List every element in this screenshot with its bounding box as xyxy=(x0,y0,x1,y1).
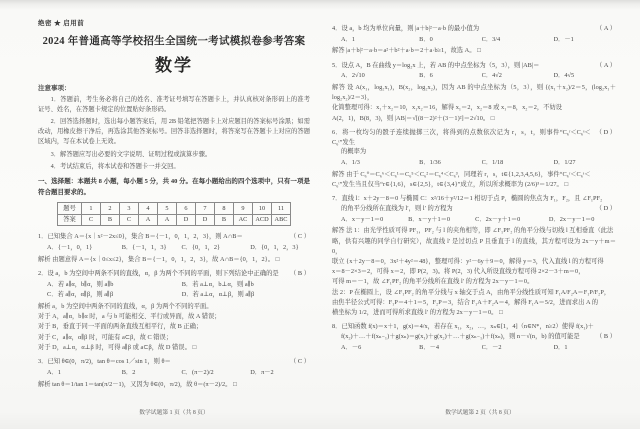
option: A．2√10 xyxy=(341,71,419,82)
option: C．3/4 xyxy=(482,35,554,46)
answer-mark: （ B ） xyxy=(290,269,310,279)
solution-line: 解析 由题意得 A＝{x｜0≤x≤2}，集合 B＝{－1，0，1，2，3}，故 … xyxy=(38,255,310,265)
question-solution: 解析 由题意得 A＝{x｜0≤x≤2}，集合 B＝{－1，0，1，2，3}，故 … xyxy=(38,255,310,265)
question-options: A．x－y－1＝0B．x－y＋1＝0C．2x－y＋1＝0D．2x－y－1＝0 xyxy=(332,215,616,226)
notice-item: 1．答题前，考生务必将自己的姓名、准考证号填写在答题卡上，并认真核对条形码上的准… xyxy=(38,95,310,115)
question-solution: 解析 a，b 为空间中两条不同的直线，α，β 为两个不同的平面。对于 A，a∥α… xyxy=(38,302,310,353)
exam-title: 2024 年普通高等学校招生全国统一考试模拟卷参考答案 xyxy=(38,33,310,48)
solution-line: 略，供有兴趣的同学自行研究），故直线 l′ 是过切点 P 且垂直于 l 的直线，… xyxy=(332,237,616,257)
question-options: A．－6B．－4C．－2D．1 xyxy=(332,343,616,354)
table-cell: C xyxy=(82,214,101,226)
table-cell: 2 xyxy=(101,203,120,215)
solution-line: 横坐标为 1/2，进而可得所求直线 l′ 的方程为 2x－y－1＝0。 □ xyxy=(332,308,616,318)
option: D．1/27 xyxy=(554,158,617,169)
option: B．2 xyxy=(122,368,182,379)
option: B．6 xyxy=(419,71,482,82)
question-6: 6．将一枚均匀的骰子连续抛掷三次，将得到的点数依次记为 r，s，t，则事件“C₆… xyxy=(332,128,616,190)
question-3: 3．已知 θ∈(0，π/2)，tan θ＝cos 1／sin 1，则 θ＝ （ … xyxy=(38,357,310,390)
table-cell: ACD xyxy=(253,214,272,226)
solution-line: 对于 B，垂直于同一平面的两条直线互相平行，故 B 正确； xyxy=(38,322,310,332)
table-cell: ABC xyxy=(272,214,291,226)
option: A．1 xyxy=(47,368,122,379)
solution-line: 对于 D，a⊥α，α⊥β 时，可得 a∥β 或 a⊂β，故 D 错误。 □ xyxy=(38,343,310,353)
question-text: 2．设 a，b 为空间中两条不同的直线，α，β 为两个不同的平面，则下列结论中正… xyxy=(38,269,285,279)
option: A．－6 xyxy=(341,343,419,354)
solution-line: 解析 tan θ＝1/tan 1＝tan(π/2－1)，又因为 θ∈(0，π/2… xyxy=(38,380,310,390)
option: D．{0，1，2，3} xyxy=(250,243,310,254)
option: B．{－1，1，3} xyxy=(122,243,182,254)
answer-mark: （ D ） xyxy=(596,128,616,148)
notice-list: 1．答题前，考生务必将自己的姓名、准考证号填写在答题卡上，并认真核对条形码上的准… xyxy=(38,95,310,173)
question-solution: 解答 |a＋b|²－a·b＝a²＋b²＋a·b＝2＋a·b≥1，故选 A。 □ xyxy=(332,46,616,56)
table-cell: D xyxy=(196,214,215,226)
option: D．2x－y－1＝0 xyxy=(549,215,616,226)
notice-heading: 注意事项： xyxy=(38,83,310,92)
table-cell: 6 xyxy=(177,203,196,215)
solution-line: 对于 A，a∥α，b∥α 时，a 与 b 可能相交、平行或异面，故 A 错误； xyxy=(38,312,310,322)
page-footer: 数学试题第 1 页（共 8 页） xyxy=(0,407,320,416)
subject-title: 数学 xyxy=(38,51,310,76)
solution-line: 由焦半径公式可得：F₁P＝4＋1＝5，F₂P＝3，结合 F₁A＋F₂A＝4，解得… xyxy=(332,298,616,308)
answer-table-label: 答案 xyxy=(58,214,82,226)
option: B．1/36 xyxy=(419,158,482,169)
question-text: 7．直线 l：x＋2y－8＝0 与椭圆 C：x²/16＋y²/12＝1 相切于点… xyxy=(332,194,616,204)
solution-line: 对于 C，a∥α，α∥β 时，可能有 a⊂β，故 C 错误； xyxy=(38,333,310,343)
table-cell: 9 xyxy=(234,203,253,215)
question-text: 6．将一枚均匀的骰子连续抛掷三次，将得到的点数依次记为 r，s，t，则事件“C₆… xyxy=(332,128,591,148)
option: C．－2 xyxy=(482,343,554,354)
question-text-continued: f(x₂)＋…＋f(xₙ₋₁)＋g(xₙ)＝g(x₁)＋g(x₂)＋…＋g(xₙ… xyxy=(332,332,591,342)
option: C．{0，1，2} xyxy=(181,243,250,254)
question-solution: 解答 由于 C₆⁰＝C₆⁶＜C₆¹＝C₆⁵＜C₆²＝C₆⁴＜C₆³，同理若 r，… xyxy=(332,170,616,190)
table-cell: 8 xyxy=(215,203,234,215)
question-options: A．1B．0C．3/4D．－1 xyxy=(332,35,616,46)
table-cell: A xyxy=(139,214,158,226)
scanned-document: 绝密 ★ 启用前 2024 年普通高等学校招生全国统一考试模拟卷参考答案 数学 … xyxy=(0,0,640,429)
option: C．(π－2)/2 xyxy=(181,368,250,379)
question-5: 5．设点 A，B 在曲线 y＝log₂x 上，若 AB 的中点坐标为（5，3），… xyxy=(332,61,616,124)
question-solution: 解答 设 A(x₁，log₂x₁)，B(x₂，log₂x₂)，因为 AB 的中点… xyxy=(332,83,616,124)
question-solution: 解析 tan θ＝1/tan 1＝tan(π/2－1)，又因为 θ∈(0，π/2… xyxy=(38,380,310,390)
table-cell: 1 xyxy=(82,203,101,215)
answer-mark: （ C ） xyxy=(290,357,310,367)
solution-line: C₆ᵗ”发生当且仅当“r∈{1,6}，s∈{2,5}，t∈{3,4}”成立，所以… xyxy=(332,180,616,190)
option: C．2x－y＋1＝0 xyxy=(475,215,549,226)
table-cell: C xyxy=(120,214,139,226)
question-text: 5．设点 A，B 在曲线 y＝log₂x 上，若 AB 的中点坐标为（5，3），… xyxy=(332,61,591,71)
option: D．－1 xyxy=(554,35,617,46)
table-cell: 5 xyxy=(158,203,177,215)
question-options: A．2√10B．6C．4√2D．4√5 xyxy=(332,71,616,82)
answer-table-answer-row: 答案 C B C A A D D B AC ACD ABC xyxy=(58,214,291,226)
question-4: 4．设 a，b 均为单位向量，则 |a＋b|²－a·b 的最小值为 （ A ） … xyxy=(332,24,616,57)
page-1: 绝密 ★ 启用前 2024 年普通高等学校招生全国统一考试模拟卷参考答案 数学 … xyxy=(0,0,320,429)
notice-item: 3．解答题应写出必要的文字说明、证明过程或演算步骤。 xyxy=(38,150,310,160)
section-heading: 一、选择题：本题共 8 小题，每小题 5 分，共 40 分。在每小题给出的四个选… xyxy=(38,177,310,198)
solution-line: 解答 设 A(x₁，log₂x₁)，B(x₂，log₂x₂)，因为 AB 的中点… xyxy=(332,83,616,103)
answer-mark: （ C ） xyxy=(290,232,310,242)
solution-line: 解答 由于 C₆⁰＝C₆⁶＜C₆¹＝C₆⁵＜C₆²＝C₆⁴＜C₆³，同理若 r，… xyxy=(332,170,616,180)
solution-line: 解析 a，b 为空间中两条不同的直线，α，β 为两个不同的平面。 xyxy=(38,302,310,312)
classification-stamp: 绝密 ★ 启用前 xyxy=(38,18,310,27)
option: B．－4 xyxy=(419,343,482,354)
question-text: 3．已知 θ∈(0，π/2)，tan θ＝cos 1／sin 1，则 θ＝ xyxy=(38,357,285,367)
table-cell: 11 xyxy=(272,203,291,215)
option: D．若 a⊥α，α⊥β，则 a∥β xyxy=(182,290,310,301)
question-1: 1．已知集合 A＝{x｜x²－2x≤0}，集合 B＝{－1，0，1，2，3}，则… xyxy=(38,232,310,265)
solution-line: 化简整理可得：x₁＋x₂＝10，x₁x₂＝16，解得 x₁＝2，x₂＝8 或 x… xyxy=(332,103,616,113)
option: D．1 xyxy=(554,343,617,354)
option: B．若 a⊥α，b⊥α，则 a∥b xyxy=(182,280,310,291)
solution-line: 法 2：P 在椭圆上，设 ∠F₁PF₂ 的角平分线与 x 轴交于点 A，由角平分… xyxy=(332,288,616,298)
table-cell: D xyxy=(177,214,196,226)
table-cell: 4 xyxy=(139,203,158,215)
option: A．1 xyxy=(341,35,419,46)
answer-mark: （ D ） xyxy=(596,204,616,214)
option: D．4√5 xyxy=(554,71,617,82)
table-cell: A xyxy=(158,214,177,226)
solution-line: 解答 法 1：由光学性质可得 PF₁，PF₂ 与 l 的夹角相等，即 ∠F₁PF… xyxy=(332,226,616,236)
table-cell: AC xyxy=(234,214,253,226)
table-cell: B xyxy=(215,214,234,226)
question-text: 4．设 a，b 均为单位向量，则 |a＋b|²－a·b 的最小值为 xyxy=(332,24,591,34)
document-spread: 绝密 ★ 启用前 2024 年普通高等学校招生全国统一考试模拟卷参考答案 数学 … xyxy=(0,0,640,429)
option: A．{－1，0，1} xyxy=(47,243,122,254)
notice-item: 4．考试结束后，将本试卷和答题卡一并交回。 xyxy=(38,162,310,172)
table-cell: 3 xyxy=(120,203,139,215)
question-2: 2．设 a，b 为空间中两条不同的直线，α，β 为两个不同的平面，则下列结论中正… xyxy=(38,269,310,353)
answer-table: 题号 1 2 3 4 5 6 7 8 9 10 11 答案 C B xyxy=(57,202,291,226)
question-7: 7．直线 l：x＋2y－8＝0 与椭圆 C：x²/16＋y²/12＝1 相切于点… xyxy=(332,194,616,318)
solution-line: A(2，1)，B(8，3)，则 |AB|＝√[(8－2)²＋(3－1)²]＝2√… xyxy=(332,114,616,124)
option: A．1/3 xyxy=(341,158,419,169)
option: B．0 xyxy=(419,35,482,46)
solution-line: x＝8－2×3＝2，可得 x＝2，即 P(2，3)。将 P(2，3) 代入所设直… xyxy=(332,267,616,277)
page-2: 4．设 a，b 均为单位向量，则 |a＋b|²－a·b 的最小值为 （ A ） … xyxy=(320,0,640,429)
question-options: A．若 a∥α，b∥α，则 a∥bB．若 a⊥α，b⊥α，则 a∥bC．若 a∥… xyxy=(38,280,310,301)
table-cell: 7 xyxy=(196,203,215,215)
solution-line: 联立 {x＋2y－8＝0，3x²＋4y²＝48}，整理可得：y²－6y＋9＝0，… xyxy=(332,257,616,267)
answer-mark: （ A ） xyxy=(596,61,616,71)
option: D．π－2 xyxy=(250,368,310,379)
answer-mark: （ A ） xyxy=(596,24,616,34)
option: C．若 a∥α，α∥β，则 a∥β xyxy=(47,290,182,301)
option: C．1/18 xyxy=(482,158,554,169)
answer-table-label: 题号 xyxy=(58,203,82,215)
question-options: A．1B．2C．(π－2)/2D．π－2 xyxy=(38,368,310,379)
page-footer: 数学试题第 2 页（共 8 页） xyxy=(320,407,640,416)
table-cell: B xyxy=(101,214,120,226)
option: B．x－y＋1＝0 xyxy=(408,215,475,226)
question-text-continued: 的角平分线所在直线为 l′，则 l′ 的方程为 xyxy=(332,204,591,214)
notice-item: 2．回答选择题时，选出每小题答案后，用 2B 铅笔把答题卡上对应题目的答案标号涂… xyxy=(38,117,310,147)
question-solution: 解答 法 1：由光学性质可得 PF₁，PF₂ 与 l 的夹角相等，即 ∠F₁PF… xyxy=(332,226,616,318)
question-8: 8．已知函数 f(x)＝x＋1，g(x)＝4/x，若存在 x₁，x₂，…，xₙ∈… xyxy=(332,322,616,353)
answer-table-number-row: 题号 1 2 3 4 5 6 7 8 9 10 11 xyxy=(58,203,291,215)
question-text: 8．已知函数 f(x)＝x＋1，g(x)＝4/x，若存在 x₁，x₂，…，xₙ∈… xyxy=(332,322,616,332)
solution-line: 可得 m＝－1，故 ∠F₁PF₂ 的角平分线所在直线 l′ 的方程为 2x－y－… xyxy=(332,277,616,287)
option: A．若 a∥α，b∥α，则 a∥b xyxy=(47,280,182,291)
table-cell: 10 xyxy=(253,203,272,215)
option: A．x－y－1＝0 xyxy=(341,215,408,226)
question-options: A．1/3B．1/36C．1/18D．1/27 xyxy=(332,158,616,169)
solution-line: 解答 |a＋b|²－a·b＝a²＋b²＋a·b＝2＋a·b≥1，故选 A。 □ xyxy=(332,46,616,56)
option: C．4√2 xyxy=(482,71,554,82)
question-text-continued: 的概率为 xyxy=(332,147,616,157)
answer-mark: （ B ） xyxy=(596,332,616,342)
question-text: 1．已知集合 A＝{x｜x²－2x≤0}，集合 B＝{－1，0，1，2，3}，则… xyxy=(38,232,285,242)
question-options: A．{－1，0，1}B．{－1，1，3}C．{0，1，2}D．{0，1，2，3} xyxy=(38,243,310,254)
